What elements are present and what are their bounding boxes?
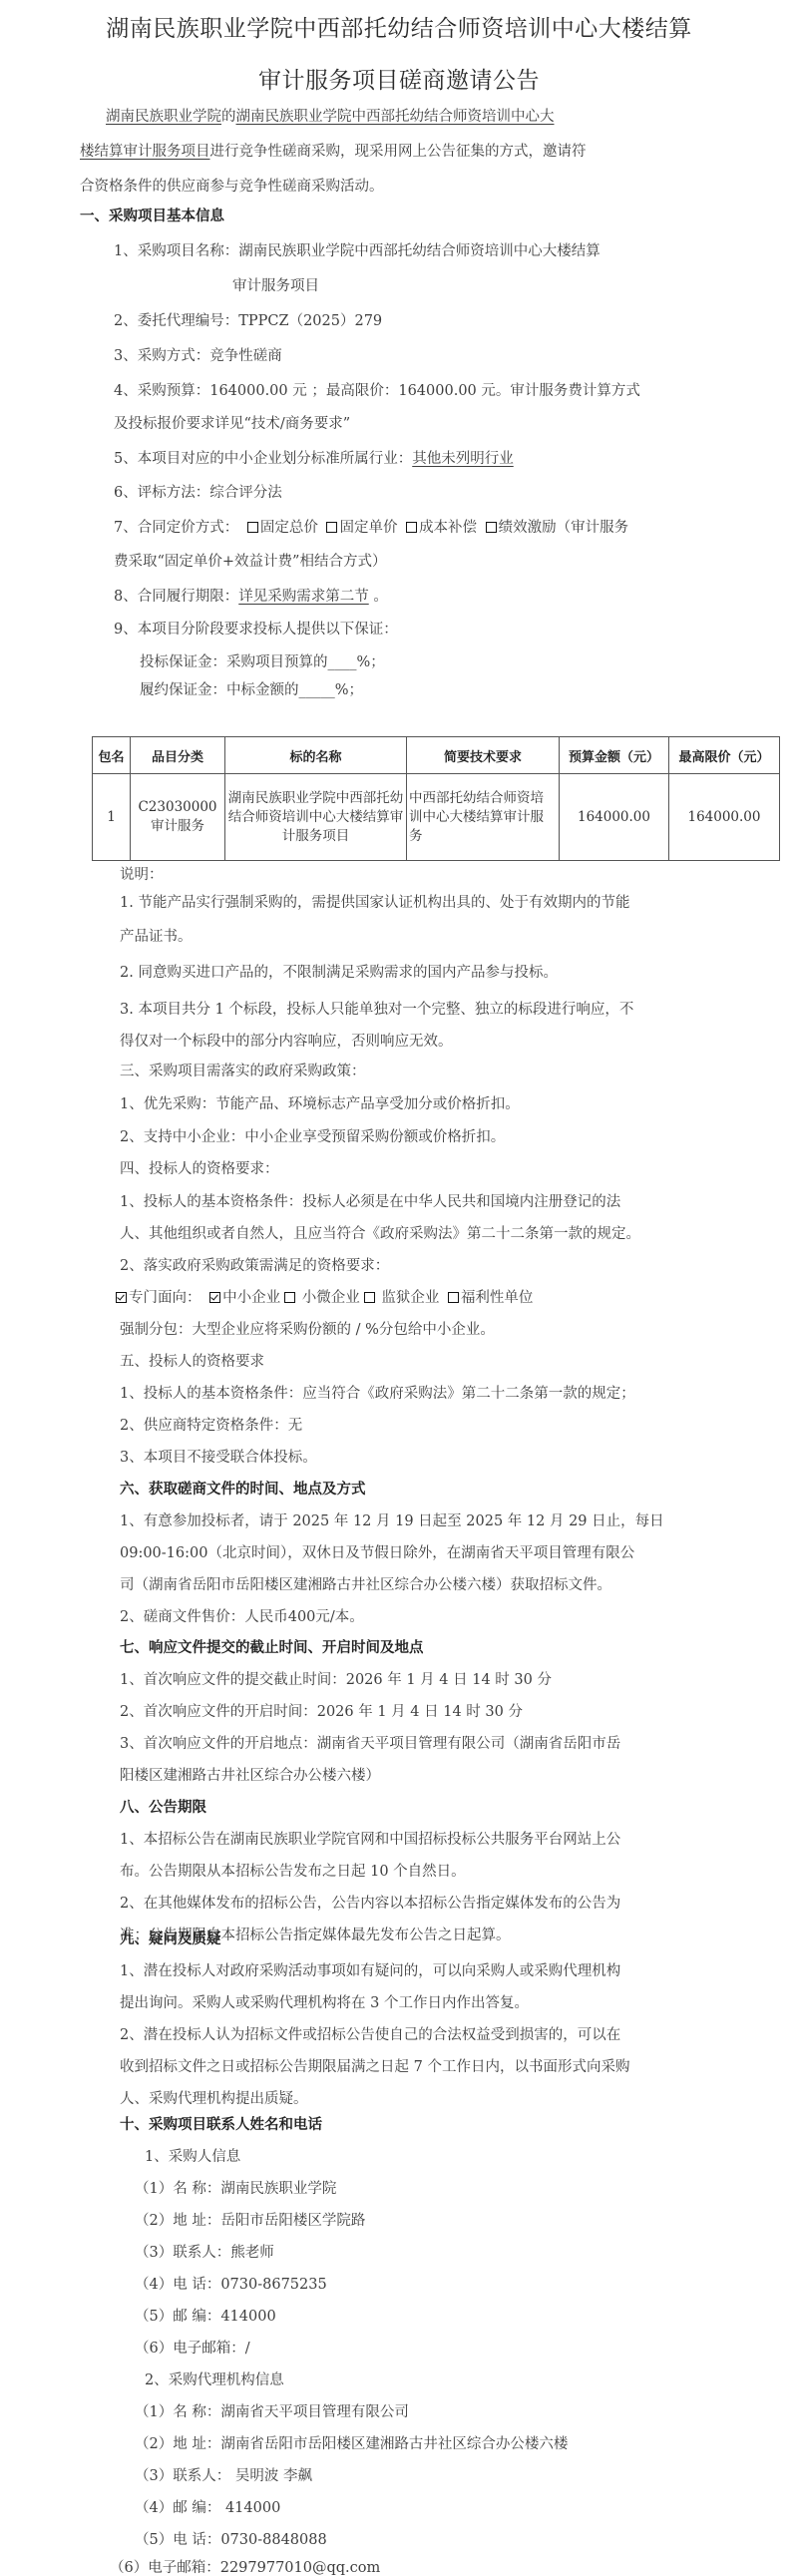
section-heading-5: 五、投标人的资格要求 bbox=[120, 1350, 264, 1371]
checkbox-cost-reimburse[interactable] bbox=[406, 522, 417, 533]
project-name-row: 1、采购项目名称：湖南民族职业学院中西部托幼结合师资培训中心大楼结算 bbox=[114, 239, 600, 260]
policy-options: 专门面向： 中小企业 小微企业 监狱企业 福利性单位 bbox=[116, 1286, 533, 1307]
agency-code: 2、委托代理编号：TPPCZ（2025）279 bbox=[114, 309, 382, 330]
qualification-5-1: 1、投标人的基本资格条件：应当符合《政府采购法》第二十二条第一款的规定； bbox=[120, 1382, 635, 1403]
section-heading-7: 七、响应文件提交的截止时间、开启时间及地点 bbox=[120, 1636, 424, 1657]
checkbox-prison[interactable] bbox=[364, 1292, 375, 1303]
industry-link: 其他未列明行业 bbox=[412, 451, 514, 467]
procurement-method: 3、采购方式：竞争性磋商 bbox=[114, 344, 282, 365]
notes-label: 说明： bbox=[120, 863, 164, 884]
obtain-docs-1: 1、有意参加投标者，请于 2025 年 12 月 19 日起至 2025 年 1… bbox=[120, 1509, 664, 1530]
intro-line-3: 合资格条件的供应商参与竞争性磋商采购活动。 bbox=[80, 175, 384, 196]
col-category: 品目分类 bbox=[131, 737, 225, 774]
opening-time: 2、首次响应文件的开启时间：2026 年 1 月 4 日 14 时 30 分 bbox=[120, 1700, 523, 1721]
checkbox-fixed-unit[interactable] bbox=[326, 522, 337, 533]
section-heading-1: 一、采购项目基本信息 bbox=[80, 205, 224, 225]
agency-email: （6）电子邮箱：2297977010@qq.com bbox=[110, 2556, 380, 2576]
purchaser-postcode: （5）邮 编：414000 bbox=[135, 2305, 276, 2326]
col-max-price: 最高限价（元） bbox=[669, 737, 780, 774]
project-name-row-cont: 审计服务项目 bbox=[232, 274, 319, 295]
policy-requirements: 2、落实政府采购政策需满足的资格要求： bbox=[120, 1254, 389, 1275]
note-1: 1. 节能产品实行强制采购的，需提供国家认证机构出具的、处于有效期内的节能 bbox=[120, 891, 629, 912]
col-requirement: 简要技术要求 bbox=[407, 737, 560, 774]
qualification-5-3: 3、本项目不接受联合体投标。 bbox=[120, 1446, 317, 1467]
agency-postcode: （4）邮 编： 414000 bbox=[135, 2496, 280, 2517]
cell-budget: 164000.00 bbox=[560, 774, 669, 861]
note-1-cont: 产品证书。 bbox=[120, 925, 193, 946]
intro-line-2: 楼结算审计服务项目进行竞争性磋商采购，现采用网上公告征集的方式，邀请符 bbox=[80, 140, 587, 161]
notice-period-2: 2、在其他媒体发布的招标公告，公告内容以本招标公告指定媒体发布的公告为 bbox=[120, 1892, 620, 1913]
notice-period-1: 1、本招标公告在湖南民族职业学院官网和中国招标投标公共服务平台网站上公 bbox=[120, 1828, 620, 1849]
challenge-2b: 收到招标文件之日或招标公告期限届满之日起 7 个工作日内，以书面形式向采购 bbox=[120, 2055, 629, 2076]
cell-category: C23030000 审计服务 bbox=[131, 774, 225, 861]
policy-sme: 2、支持中小企业：中小企业享受预留采购份额或价格折扣。 bbox=[120, 1125, 505, 1146]
cell-package: 1 bbox=[93, 774, 131, 861]
checkbox-performance[interactable] bbox=[486, 522, 497, 533]
document-title-line-1: 湖南民族职业学院中西部托幼结合师资培训中心大楼结算 bbox=[0, 10, 798, 43]
agency-contact: （3）联系人： 吴明波 李飙 bbox=[135, 2464, 312, 2485]
cell-max-price: 164000.00 bbox=[669, 774, 780, 861]
challenge-2: 2、潜在投标人认为招标文件或招标公告使自己的合法权益受到损害的，可以在 bbox=[120, 2023, 620, 2044]
obtain-docs-1c: 司（湖南省岳阳市岳阳楼区建湘路古井社区综合办公楼六楼）获取招标文件。 bbox=[120, 1573, 611, 1594]
purchaser-phone: （4）电 话：0730-8675235 bbox=[135, 2273, 327, 2294]
contract-term: 8、合同履行期限：详见采购需求第二节 。 bbox=[114, 585, 388, 606]
note-2: 2. 同意购买进口产品的，不限制满足采购需求的国内产品参与投标。 bbox=[120, 961, 558, 982]
qualification-5-2: 2、供应商特定资格条件：无 bbox=[120, 1414, 302, 1435]
purchaser-info-heading: 1、采购人信息 bbox=[145, 2145, 240, 2166]
note-3-cont: 得仅对一个标段中的部分内容响应，否则响应无效。 bbox=[120, 1030, 453, 1051]
guarantee-intro: 9、本项目分阶段要求投标人提供以下保证： bbox=[114, 618, 398, 639]
pricing-method-cont: 费采取“固定单价+效益计费”相结合方式） bbox=[114, 550, 386, 571]
cell-subject: 湖南民族职业学院中西部托幼结合师资培训中心大楼结算审计服务项目 bbox=[225, 774, 407, 861]
section-heading-3: 三、采购项目需落实的政府采购政策： bbox=[120, 1060, 366, 1080]
evaluation-method: 6、评标方法：综合评分法 bbox=[114, 481, 282, 502]
opening-place: 3、首次响应文件的开启地点：湖南省天平项目管理有限公司（湖南省岳阳市岳 bbox=[120, 1732, 620, 1753]
obtain-docs-1b: 09:00-16:00（北京时间），双休日及节假日除外，在湖南省天平项目管理有限… bbox=[120, 1541, 634, 1562]
table-header-row: 包名 品目分类 标的名称 简要技术要求 预算金额（元） 最高限价（元） bbox=[93, 737, 780, 774]
project-name-link: 湖南民族职业学院中西部托幼结合师资培训中心大 bbox=[236, 109, 555, 125]
cell-requirement: 中西部托幼结合师资培训中心大楼结算审计服务 bbox=[407, 774, 560, 861]
intro-line-1: 湖南民族职业学院的湖南民族职业学院中西部托幼结合师资培训中心大 bbox=[106, 105, 555, 126]
purchaser-contact: （3）联系人：熊老师 bbox=[135, 2241, 274, 2262]
inquiry-1b: 提出询问。采购人或采购代理机构将在 3 个工作日内作出答复。 bbox=[120, 1991, 529, 2012]
inquiry-1: 1、潜在投标人对政府采购活动事项如有疑问的，可以向采购人或采购代理机构 bbox=[120, 1959, 620, 1980]
agency-phone: （5）电 话：0730-8848088 bbox=[135, 2528, 327, 2549]
note-3: 3. 本项目共分 1 个标段，投标人只能单独对一个完整、独立的标段进行响应，不 bbox=[120, 998, 633, 1019]
purchaser-address: （2）地 址：岳阳市岳阳楼区学院路 bbox=[135, 2209, 365, 2230]
checkbox-dedicated[interactable] bbox=[116, 1292, 127, 1303]
qualification-basic-cont: 人、其他组织或者自然人，且应当符合《政府采购法》第二十二条第一款的规定。 bbox=[120, 1222, 640, 1243]
subcontract-rule: 强制分包：大型企业应将采购份额的 / %分包给中小企业。 bbox=[120, 1318, 495, 1339]
col-subject: 标的名称 bbox=[225, 737, 407, 774]
checkbox-fixed-total[interactable] bbox=[247, 522, 258, 533]
table-row: 1 C23030000 审计服务 湖南民族职业学院中西部托幼结合师资培训中心大楼… bbox=[93, 774, 780, 861]
col-package: 包名 bbox=[93, 737, 131, 774]
agency-info-heading: 2、采购代理机构信息 bbox=[145, 2368, 284, 2389]
section-heading-8: 八、公告期限 bbox=[120, 1796, 206, 1817]
opening-place-cont: 阳楼区建湘路古井社区综合办公楼六楼） bbox=[120, 1764, 380, 1785]
budget-line-cont: 及投标报价要求详见“技术/商务要求” bbox=[114, 412, 350, 433]
performance-guarantee: 履约保证金：中标金额的_____%； bbox=[140, 678, 363, 699]
section-heading-6: 六、获取磋商文件的时间、地点及方式 bbox=[120, 1478, 366, 1499]
project-name-link-cont: 楼结算审计服务项目 bbox=[80, 144, 210, 160]
bid-guarantee: 投标保证金：采购项目预算的____%； bbox=[140, 650, 385, 671]
agency-address: （2）地 址：湖南省岳阳市岳阳楼区建湘路古井社区综合办公楼六楼 bbox=[135, 2432, 568, 2453]
agency-name: （1）名 称：湖南省天平项目管理有限公司 bbox=[135, 2400, 409, 2421]
notice-period-1b: 布。公告期限从本招标公告发布之日起 10 个自然日。 bbox=[120, 1860, 466, 1881]
contract-term-link: 详见采购需求第二节 bbox=[238, 589, 369, 605]
document-price: 2、磋商文件售价：人民币400元/本。 bbox=[120, 1605, 364, 1626]
submission-deadline: 1、首次响应文件的提交截止时间：2026 年 1 月 4 日 14 时 30 分 bbox=[120, 1668, 552, 1689]
section-heading-4: 四、投标人的资格要求： bbox=[120, 1157, 279, 1178]
purchaser-name: （1）名 称：湖南民族职业学院 bbox=[135, 2177, 336, 2198]
document-title-line-2: 审计服务项目磋商邀请公告 bbox=[0, 62, 798, 95]
col-budget: 预算金额（元） bbox=[560, 737, 669, 774]
qualification-basic: 1、投标人的基本资格条件：投标人必须是在中华人民共和国境内注册登记的法 bbox=[120, 1190, 620, 1211]
pricing-method: 7、合同定价方式： 固定总价 固定单价 成本补偿 绩效激励（审计服务 bbox=[114, 516, 628, 537]
purchaser-email: （6）电子邮箱：/ bbox=[135, 2337, 250, 2358]
section-heading-10: 十、采购项目联系人姓名和电话 bbox=[120, 2113, 322, 2134]
items-table: 包名 品目分类 标的名称 简要技术要求 预算金额（元） 最高限价（元） 1 C2… bbox=[92, 736, 780, 861]
section-heading-9-text: 九、疑问及质疑 bbox=[120, 1928, 221, 1948]
policy-priority: 1、优先采购：节能产品、环境标志产品享受加分或价格折扣。 bbox=[120, 1092, 520, 1113]
industry-line: 5、本项目对应的中小企业划分标准所属行业：其他未列明行业 bbox=[114, 447, 514, 468]
checkbox-micro[interactable] bbox=[284, 1292, 295, 1303]
checkbox-welfare[interactable] bbox=[448, 1292, 459, 1303]
checkbox-sme[interactable] bbox=[209, 1292, 220, 1303]
challenge-2c: 人、采购代理机构提出质疑。 bbox=[120, 2087, 308, 2108]
purchaser-name-link: 湖南民族职业学院 bbox=[106, 109, 221, 125]
budget-line: 4、采购预算：164000.00 元 ；最高限价：164000.00 元。审计服… bbox=[114, 379, 640, 400]
